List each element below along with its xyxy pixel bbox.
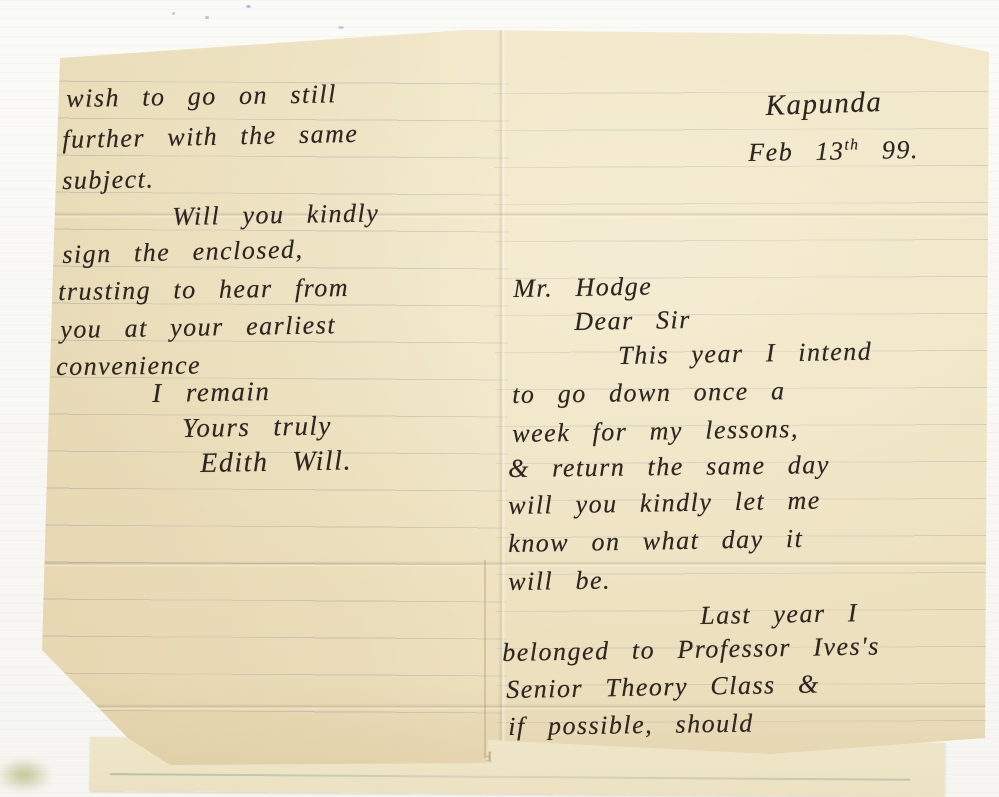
under-sheet-rule bbox=[110, 773, 910, 781]
letter-place: Kapunda bbox=[765, 86, 883, 123]
letter-line: if possible, should bbox=[508, 709, 754, 742]
letter-sheet: wish to go on still further with the sam… bbox=[40, 26, 992, 766]
letter-line: wish to go on still bbox=[66, 79, 337, 114]
scan-speck bbox=[338, 26, 344, 29]
letter-line: you at your earliest bbox=[60, 310, 336, 345]
letter-signature: Edith Will. bbox=[200, 445, 352, 480]
letter-date-main: Feb 13 bbox=[748, 136, 845, 167]
letter-line: belonged to Professor Ives's bbox=[502, 631, 880, 668]
letter-closing-line: Yours truly bbox=[182, 410, 332, 444]
letter-line: Will you kindly bbox=[172, 198, 380, 232]
scanned-letter-page: { "letter": { "place": "Kapunda", "date"… bbox=[0, 0, 999, 797]
letter-line: Last year I bbox=[700, 598, 858, 631]
letter-line: week for my lessons, bbox=[512, 414, 799, 449]
letter-line: will be. bbox=[508, 566, 611, 597]
letter-line: sign the enclosed, bbox=[62, 235, 304, 270]
fold-crease bbox=[40, 704, 992, 710]
letter-date: Feb 13th 99. bbox=[748, 135, 919, 168]
letter-line: know on what day it bbox=[508, 524, 804, 559]
letter-recipient: Mr. Hodge bbox=[513, 272, 653, 304]
scan-speck bbox=[172, 12, 175, 15]
letter-line: & return the same day bbox=[508, 450, 830, 484]
letter-line: trusting to hear from bbox=[58, 273, 349, 307]
scan-speck bbox=[205, 16, 209, 19]
letter-line: This year I intend bbox=[618, 337, 873, 371]
scan-speck bbox=[246, 5, 251, 8]
letter-date-year: 99. bbox=[859, 135, 919, 165]
letter-line: to go down once a bbox=[512, 376, 786, 410]
letter-salutation: Dear Sir bbox=[574, 305, 691, 337]
letter-line: Senior Theory Class & bbox=[506, 670, 820, 705]
left-page-edge bbox=[484, 560, 486, 758]
letter-line: subject. bbox=[62, 164, 155, 196]
letter-line: will you kindly let me bbox=[508, 486, 821, 521]
letter-closing-line: I remain bbox=[152, 376, 271, 409]
letter-date-suffix: th bbox=[844, 136, 859, 153]
letter-line: further with the same bbox=[62, 119, 359, 155]
scan-smudge bbox=[0, 750, 64, 797]
